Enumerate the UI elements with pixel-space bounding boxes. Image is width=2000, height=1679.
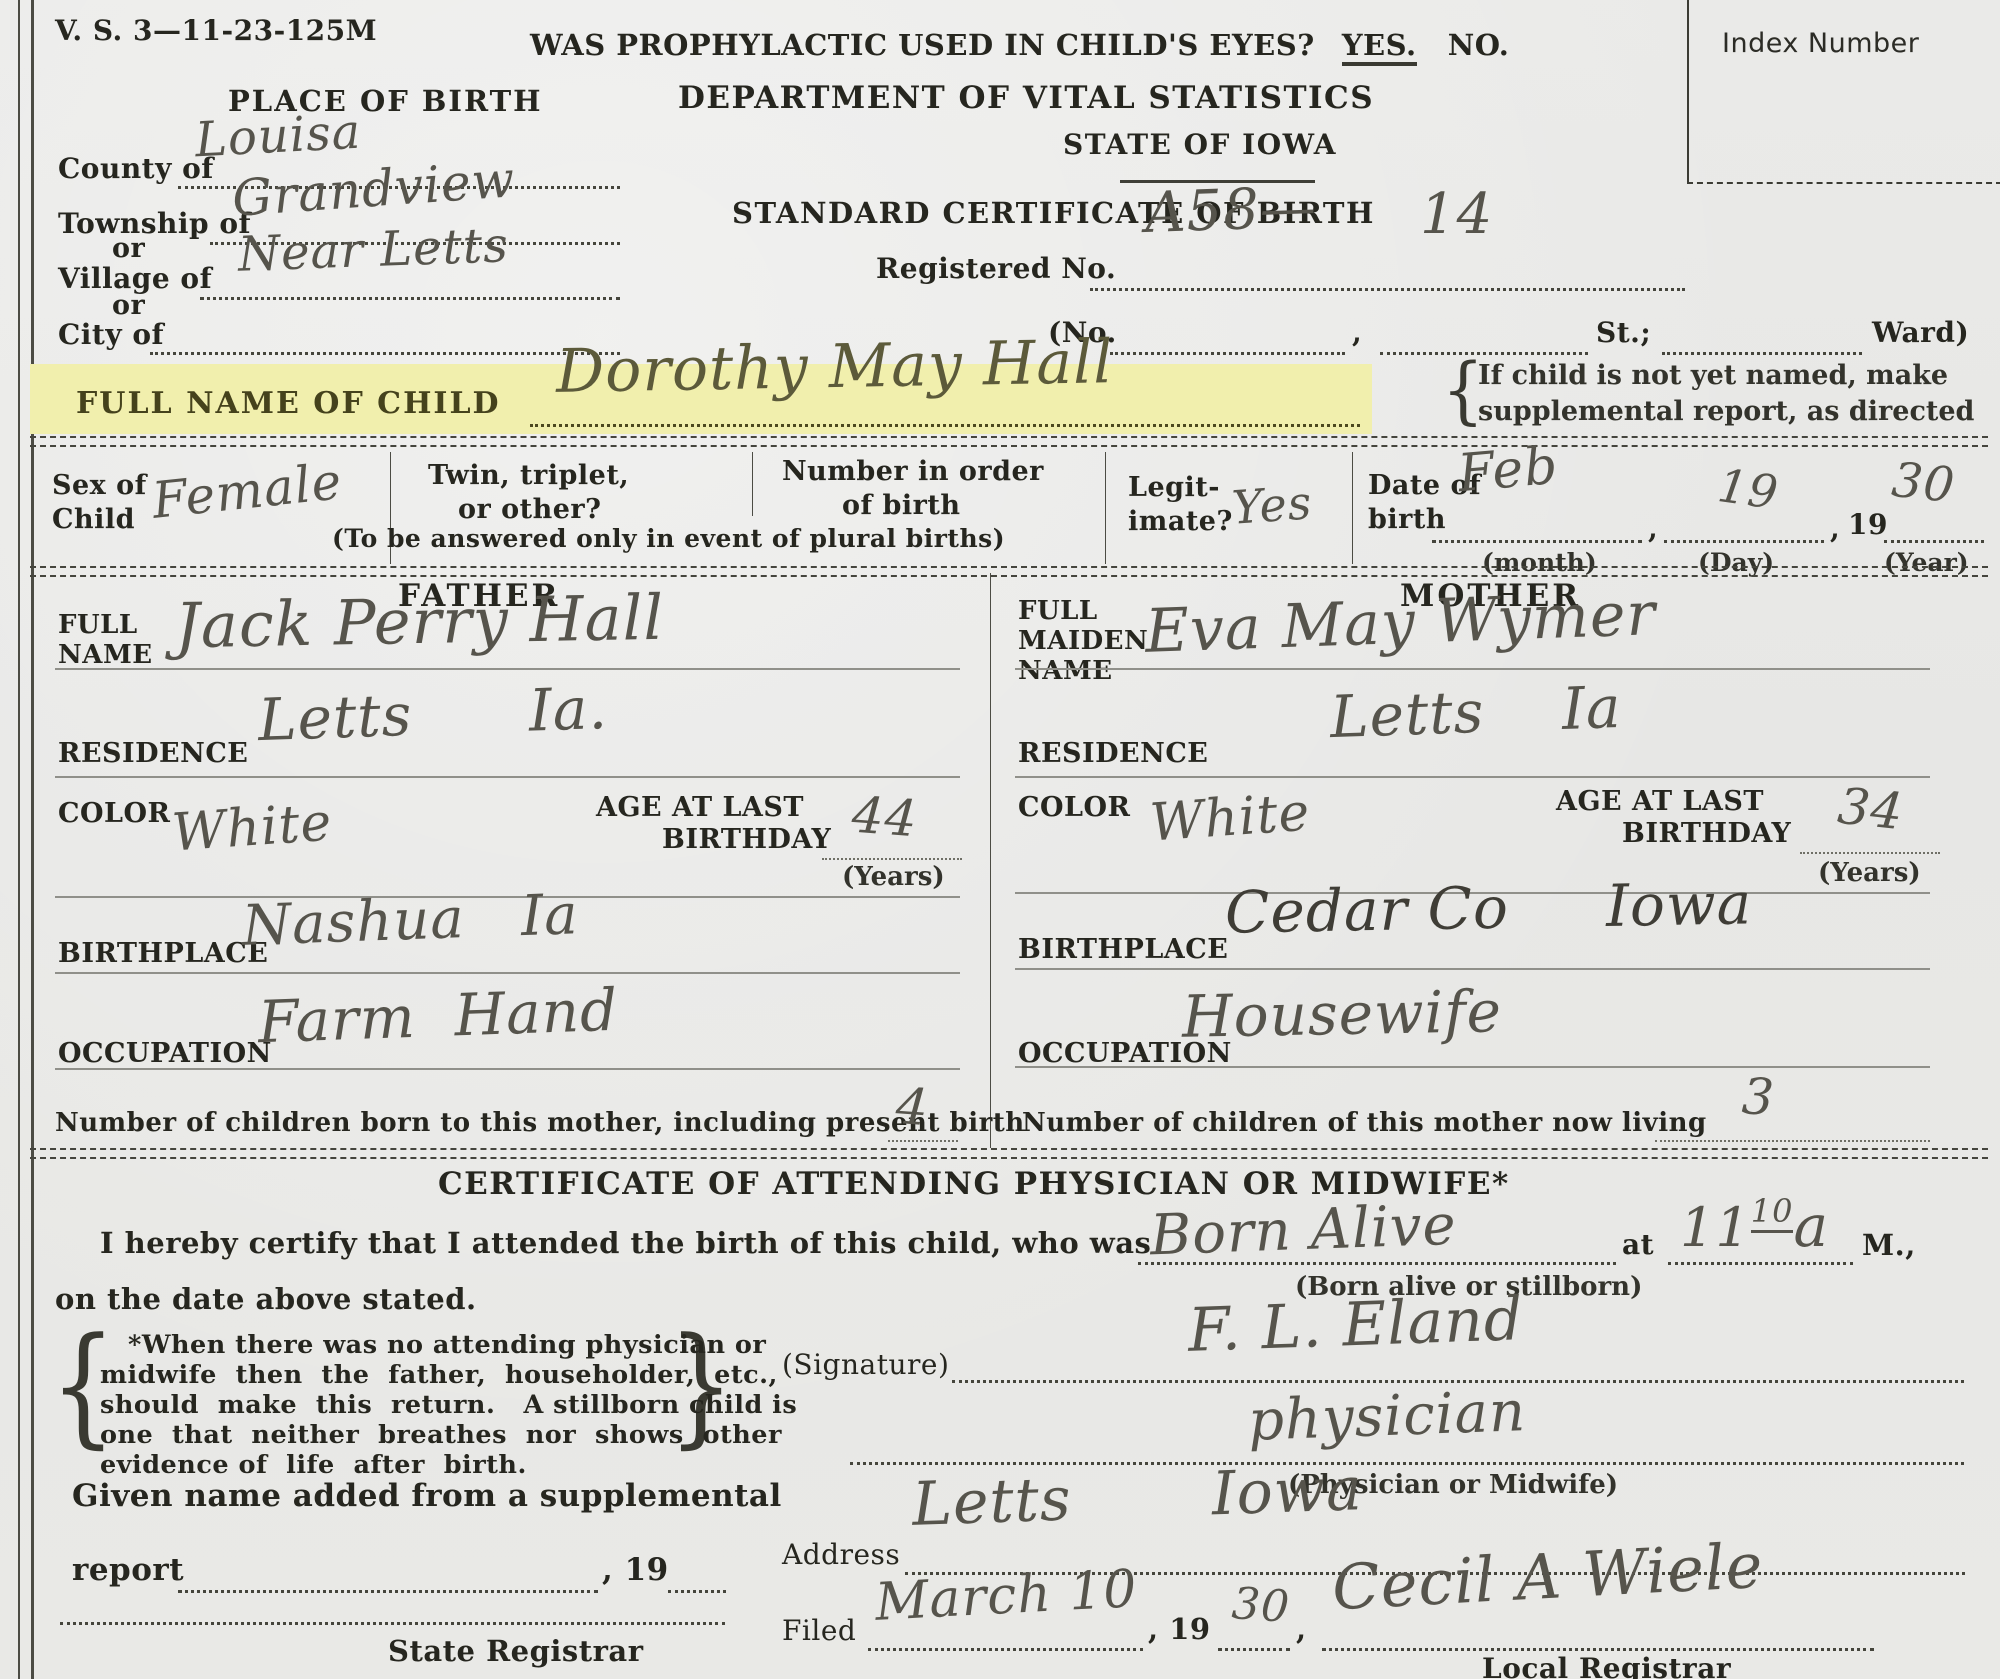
filed-date-value: March 10 — [874, 1559, 1139, 1633]
registrar-signature: Cecil A Wiele — [1330, 1529, 1765, 1624]
street-comma: , — [1352, 316, 1362, 349]
child-name-value: Dorothy May Hall — [555, 327, 1114, 407]
father-age-label-line1: AGE AT LAST — [596, 792, 804, 823]
father-name-label-line1: FULL — [58, 610, 138, 640]
sex-row-divider-4 — [1352, 452, 1353, 564]
dob-comma-2: , — [1830, 512, 1840, 545]
street-line — [1380, 352, 1588, 355]
ward-line — [1662, 352, 1862, 355]
department-title: DEPARTMENT OF VITAL STATISTICS — [678, 80, 1374, 116]
birth-time-value: 11 — [1680, 1196, 1751, 1259]
dob-year-prefix: 19 — [1848, 508, 1888, 541]
left-border-inner — [31, 0, 34, 1679]
filed-date-line — [868, 1648, 1143, 1651]
state-title: STATE OF IOWA — [1063, 128, 1337, 161]
child-name-line — [530, 424, 1360, 427]
note-line-1: *When there was no attending physician o… — [100, 1330, 680, 1360]
mother-occupation-value: Housewife — [1181, 977, 1502, 1051]
at-label: at — [1622, 1228, 1654, 1261]
report-year-line — [668, 1590, 726, 1593]
certify-value: Born Alive — [1149, 1193, 1458, 1269]
sex-label-line1: Sex of — [52, 470, 147, 501]
mother-occupation-rule — [1015, 1066, 1930, 1068]
twin-label-line2: or other? — [458, 494, 601, 525]
registered-no-handwritten-1: A58— — [1144, 175, 1318, 246]
or-label-2: or — [112, 290, 145, 321]
dob-month-value: Feb — [1456, 436, 1561, 505]
father-occupation-rule — [55, 1068, 960, 1070]
dob-month-line — [1432, 540, 1642, 543]
children-living-label: Number of children of this mother now li… — [1022, 1108, 1707, 1138]
sex-label-line2: Child — [52, 504, 135, 535]
registered-no-label: Registered No. — [876, 252, 1116, 285]
section-rule-3 — [30, 1148, 1988, 1159]
mother-name-label-line3: NAME — [1018, 656, 1113, 686]
mother-age-line — [1800, 852, 1940, 854]
note-line-3: should make this return. A stillborn chi… — [100, 1390, 680, 1420]
mother-residence-rule — [1015, 776, 1930, 778]
left-border-outer — [18, 0, 20, 1679]
mother-age-value: 34 — [1835, 777, 1906, 842]
dob-day-line — [1664, 540, 1824, 543]
father-name-rule — [55, 668, 960, 670]
children-living-line — [1655, 1140, 1930, 1142]
address-value: Letts Iowa — [911, 1454, 1364, 1540]
prophylactic-question: WAS PROPHYLACTIC USED IN CHILD'S EYES? — [530, 28, 1315, 62]
dob-comma-1: , — [1648, 512, 1658, 545]
father-residence-label: RESIDENCE — [58, 738, 248, 769]
filed-year-prefix: , 19 — [1148, 1612, 1211, 1646]
report-line — [178, 1590, 598, 1593]
mother-residence-label: RESIDENCE — [1018, 738, 1208, 769]
father-color-label: COLOR — [58, 798, 170, 829]
father-occupation-label: OCCUPATION — [58, 1038, 272, 1069]
children-living-value: 3 — [1741, 1067, 1777, 1127]
mother-birthplace-rule — [1015, 968, 1930, 970]
mother-name-label-line1: FULL — [1018, 596, 1098, 626]
children-born-line — [888, 1140, 958, 1142]
father-residence-rule — [55, 776, 960, 778]
sex-value: Female — [149, 452, 344, 530]
father-name-label-line2: NAME — [58, 640, 153, 670]
prophylactic-question-row: WAS PROPHYLACTIC USED IN CHILD'S EYES? Y… — [530, 28, 1509, 62]
registered-no-handwritten-2: 14 — [1420, 182, 1493, 247]
birth-time: 1110a — [1680, 1192, 1829, 1260]
sex-row-divider-2 — [752, 452, 753, 516]
not-named-note-line2: supplemental report, as directed — [1478, 396, 1974, 427]
signature-value: F. L. Eland — [1187, 1284, 1524, 1366]
note-line-5: evidence of life after birth. — [100, 1450, 680, 1480]
father-birthplace-label: BIRTHPLACE — [58, 938, 268, 969]
supplemental-line: Given name added from a supplemental — [72, 1478, 782, 1514]
physician-value: physician — [1247, 1379, 1527, 1454]
mother-age-label-line1: AGE AT LAST — [1556, 786, 1764, 817]
note-line-4: one that neither breathes nor shows othe… — [100, 1420, 680, 1450]
twin-label-line1: Twin, triplet, — [428, 460, 629, 491]
filed-comma: , — [1296, 1612, 1307, 1646]
legitimate-value: Yes — [1230, 475, 1314, 534]
birth-time-sup: 10 — [1751, 1192, 1794, 1233]
mother-name-label-line2: MAIDEN — [1018, 626, 1148, 656]
father-residence-value: Letts Ia. — [257, 674, 609, 754]
ward-label: Ward) — [1872, 316, 1969, 349]
dob-year-line — [1884, 540, 1984, 543]
legitimate-label-line2: imate? — [1128, 506, 1233, 537]
mother-name-rule — [1015, 668, 1930, 670]
village-value: Near Letts — [237, 217, 510, 282]
mother-age-caption: (Years) — [1818, 858, 1921, 888]
dob-year-value: 30 — [1889, 452, 1958, 514]
mother-color-value: White — [1148, 782, 1312, 853]
county-label: County of — [58, 152, 214, 185]
father-birthplace-rule — [55, 972, 960, 974]
mother-residence-value: Letts Ia — [1329, 673, 1623, 751]
state-registrar-line — [60, 1622, 725, 1625]
father-occupation-value: Farm Hand — [257, 976, 619, 1057]
form-number: V. S. 3—11-23-125M — [55, 14, 377, 47]
order-label-line2: of birth — [842, 490, 961, 521]
birth-certificate-document: V. S. 3—11-23-125M WAS PROPHYLACTIC USED… — [0, 0, 2000, 1679]
township-label: Township of — [58, 207, 251, 240]
parents-center-divider — [990, 573, 991, 1148]
father-age-label-line2: BIRTHDAY — [662, 824, 831, 855]
state-registrar-label: State Registrar — [388, 1634, 644, 1668]
mother-age-label-line2: BIRTHDAY — [1622, 818, 1791, 849]
county-value: Louisa — [194, 104, 363, 169]
order-label-line1: Number in order — [782, 456, 1044, 487]
filed-year-value: 30 — [1230, 1578, 1291, 1633]
children-born-label: Number of children born to this mother, … — [55, 1108, 1025, 1138]
city-line — [150, 352, 620, 355]
sex-row-divider-3 — [1105, 452, 1106, 564]
index-number-label: Index Number — [1722, 28, 1919, 59]
dob-day-value: 19 — [1715, 458, 1782, 520]
legitimate-label-line1: Legit- — [1128, 472, 1220, 503]
father-name-value: Jack Perry Hall — [174, 581, 664, 663]
father-birthplace-value: Nashua Ia — [241, 882, 580, 959]
filed-year-line — [1218, 1648, 1290, 1651]
address-label: Address — [782, 1538, 900, 1571]
local-registrar-label: Local Registrar — [1482, 1652, 1731, 1679]
physician-line — [850, 1462, 1964, 1465]
signature-label: (Signature) — [782, 1348, 949, 1381]
father-age-line — [822, 858, 962, 860]
not-named-note-line1: If child is not yet named, make — [1478, 360, 1948, 391]
city-label: City of — [58, 318, 164, 351]
prophylactic-no: NO. — [1448, 28, 1510, 62]
plural-note: (To be answered only in event of plural … — [332, 524, 1005, 553]
certify-line1: I hereby certify that I attended the bir… — [100, 1226, 1151, 1260]
st-label: St.; — [1596, 316, 1651, 349]
father-color-value: White — [170, 792, 334, 863]
section-rule-1 — [30, 436, 1988, 447]
father-age-value: 44 — [850, 786, 920, 848]
mother-name-value: Eva May Wymer — [1144, 579, 1657, 667]
filed-label: Filed — [782, 1614, 856, 1647]
mother-birthplace-value: Cedar Co Iowa — [1224, 869, 1752, 946]
street-no-line — [1110, 352, 1345, 355]
prophylactic-yes: YES. — [1342, 28, 1417, 66]
time-line — [1668, 1262, 1853, 1265]
note-line-2: midwife then the father, householder, et… — [100, 1360, 680, 1390]
father-age-caption: (Years) — [842, 862, 945, 892]
m-label: M., — [1862, 1228, 1916, 1262]
registered-no-line — [1090, 288, 1685, 291]
report-label: report — [72, 1552, 184, 1588]
village-line — [200, 297, 620, 300]
report-year-label: , 19 — [602, 1552, 669, 1588]
certify-line2: on the date above stated. — [55, 1282, 477, 1316]
or-label-1: or — [112, 233, 145, 264]
section-rule-2 — [30, 566, 1988, 577]
children-born-value: 4 — [894, 1077, 931, 1137]
mother-color-label: COLOR — [1018, 792, 1130, 823]
registrar-signature-line — [1322, 1648, 1874, 1651]
dob-label-line2: birth — [1368, 504, 1446, 535]
mother-birthplace-label: BIRTHPLACE — [1018, 934, 1228, 965]
note-box: *When there was no attending physician o… — [100, 1330, 680, 1480]
birth-time-am: a — [1793, 1192, 1829, 1260]
child-name-label: FULL NAME OF CHILD — [76, 386, 501, 421]
